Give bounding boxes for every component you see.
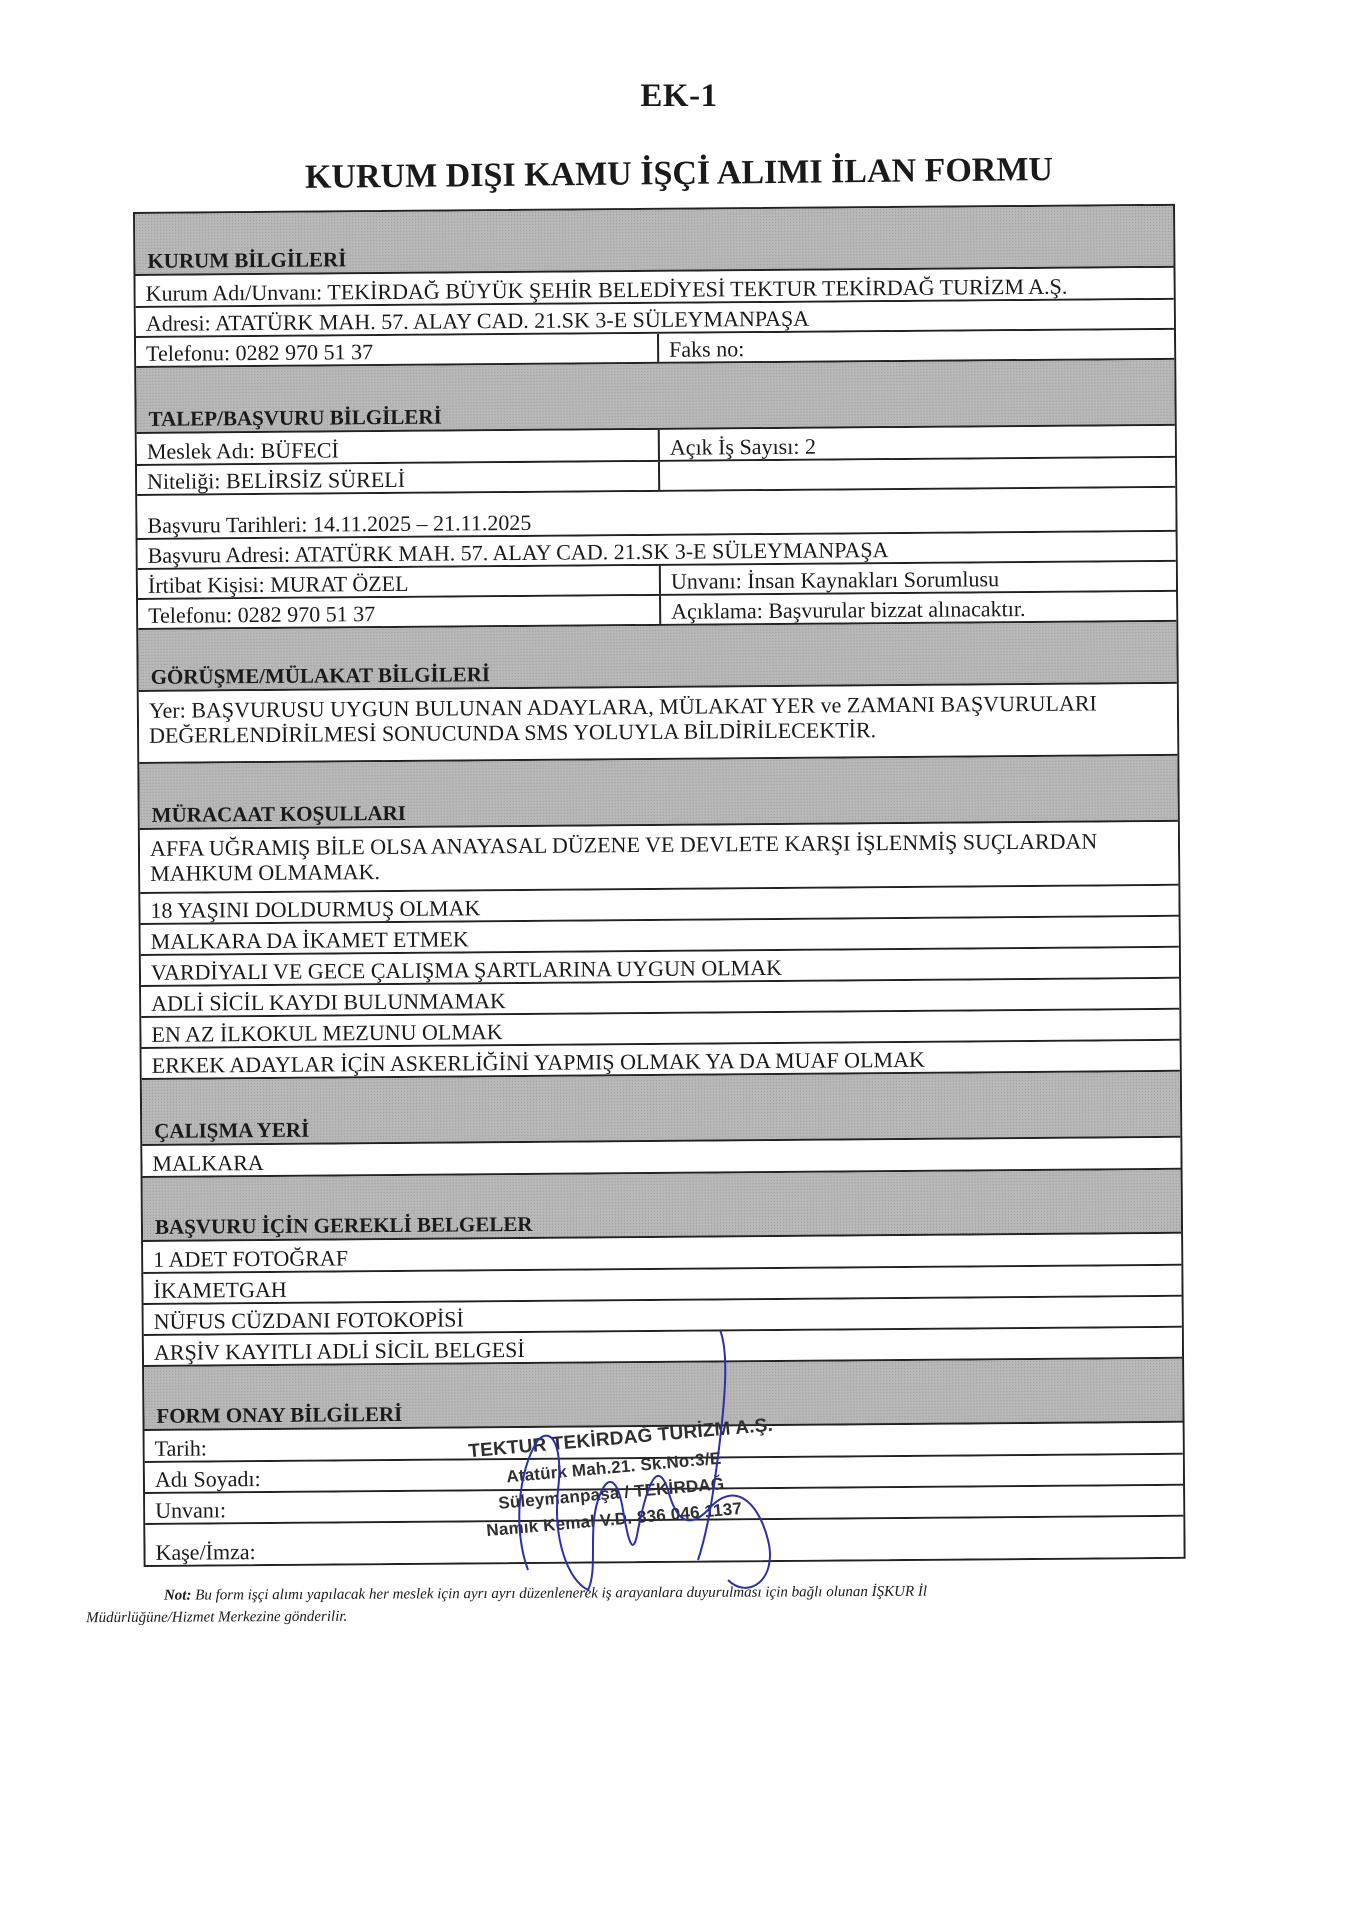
contact-title: Unvanı: İnsan Kaynakları Sorumlusu [661,562,1176,594]
interview-info: Yer: BAŞVURUSU UYGUN BULUNAN ADAYLARA, M… [139,684,1178,762]
section-header-interview: GÖRÜŞME/MÜLAKAT BİLGİLERİ [138,622,1176,692]
section-header-conditions: MÜRACAAT KOŞULLARI [139,756,1177,830]
section-header-workplace: ÇALIŞMA YERİ [142,1072,1180,1146]
institution-phone: Telefonu: 0282 970 51 37 [136,334,659,366]
institution-fax: Faks no: [659,330,1174,362]
condition-item: AFFA UĞRAMIŞ BİLE OLSA ANAYASAL DÜZENE V… [140,822,1178,892]
contact-phone: Telefonu: 0282 970 51 37 [138,596,661,628]
annex-label: EK-1 [0,78,1358,115]
form-title: KURUM DIŞI KAMU İŞÇİ ALIMI İLAN FORMU [0,148,1358,200]
form-row: Yer: BAŞVURUSU UYGUN BULUNAN ADAYLARA, M… [139,684,1178,764]
form-row: AFFA UĞRAMIŞ BİLE OLSA ANAYASAL DÜZENE V… [140,822,1178,894]
section-header-documents: BAŞVURU İÇİN GEREKLİ BELGELER [143,1170,1181,1242]
profession-name: Meslek Adı: BÜFECİ [137,430,660,464]
employment-nature: Niteliği: BELİRSİZ SÜRELİ [137,462,660,494]
empty-cell [660,458,1175,490]
footnote: Not: Bu form işçi alımı yapılacak her me… [86,1579,1266,1629]
section-header-kurum: KURUM BİLGİLERİ [135,206,1173,276]
section-header-approval: FORM ONAY BİLGİLERİ [144,1359,1182,1431]
announcement-form: KURUM BİLGİLERİ Kurum Adı/Unvanı: TEKİRD… [133,204,1186,1567]
contact-person: İrtibat Kişisi: MURAT ÖZEL [138,566,661,598]
document-page: EK-1 KURUM DIŞI KAMU İŞÇİ ALIMI İLAN FOR… [0,0,1358,1920]
section-header-talep: TALEP/BAŞVURU BİLGİLERİ [136,360,1174,434]
note-label: Not: [164,1588,192,1604]
application-dates: Başvuru Tarihleri: 14.11.2025 – 21.11.20… [137,488,1175,538]
open-positions: Açık İş Sayısı: 2 [660,426,1175,460]
note-text: Bu form işçi alımı yapılacak her meslek … [195,1584,927,1604]
approval-stamp-label: Kaşe/İmza: [145,1517,1183,1565]
application-description: Açıklama: Başvurular bizzat alınacaktır. [661,592,1176,624]
form-row: Kaşe/İmza: [145,1517,1183,1565]
